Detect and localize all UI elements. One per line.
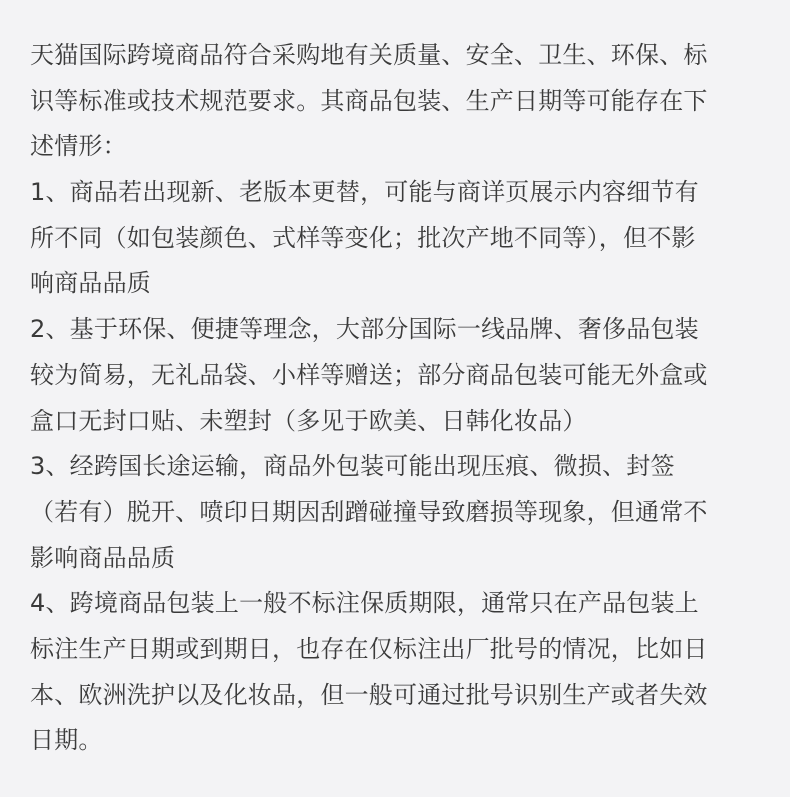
notice-item-2: 2、基于环保、便捷等理念，大部分国际一线品牌、奢侈品包装 较为简易，无礼品袋、小… — [30, 307, 770, 444]
item-line: 4、跨境商品包装上一般不标注保质期限，通常只在产品包装上 — [30, 581, 770, 627]
notice-intro: 天猫国际跨境商品符合采购地有关质量、安全、卫生、环保、标 识等标准或技术规范要求… — [30, 33, 770, 170]
intro-line: 天猫国际跨境商品符合采购地有关质量、安全、卫生、环保、标 — [30, 33, 770, 79]
intro-line: 识等标准或技术规范要求。其商品包装、生产日期等可能存在下 — [30, 79, 770, 125]
item-line: 影响商品品质 — [30, 536, 770, 582]
notice-item-3: 3、经跨国长途运输，商品外包装可能出现压痕、微损、封签 （若有）脱开、喷印日期因… — [30, 444, 770, 581]
item-line: 1、商品若出现新、老版本更替，可能与商详页展示内容细节有 — [30, 170, 770, 216]
item-line: （若有）脱开、喷印日期因刮蹭碰撞导致磨损等现象，但通常不 — [30, 490, 770, 536]
item-line: 日期。 — [30, 718, 770, 764]
item-line: 标注生产日期或到期日，也存在仅标注出厂批号的情况，比如日 — [30, 627, 770, 673]
item-line: 盒口无封口贴、未塑封（多见于欧美、日韩化妆品） — [30, 399, 770, 445]
item-line: 所不同（如包装颜色、式样等变化；批次产地不同等），但不影 — [30, 216, 770, 262]
notice-item-4: 4、跨境商品包装上一般不标注保质期限，通常只在产品包装上 标注生产日期或到期日，… — [30, 581, 770, 764]
notice-item-1: 1、商品若出现新、老版本更替，可能与商详页展示内容细节有 所不同（如包装颜色、式… — [30, 170, 770, 307]
item-line: 本、欧洲洗护以及化妆品，但一般可通过批号识别生产或者失效 — [30, 673, 770, 719]
item-line: 3、经跨国长途运输，商品外包装可能出现压痕、微损、封签 — [30, 444, 770, 490]
item-line: 响商品品质 — [30, 261, 770, 307]
item-line: 2、基于环保、便捷等理念，大部分国际一线品牌、奢侈品包装 — [30, 307, 770, 353]
intro-line: 述情形： — [30, 124, 770, 170]
item-line: 较为简易，无礼品袋、小样等赠送；部分商品包装可能无外盒或 — [30, 353, 770, 399]
cross-border-product-notice: 天猫国际跨境商品符合采购地有关质量、安全、卫生、环保、标 识等标准或技术规范要求… — [30, 33, 770, 764]
